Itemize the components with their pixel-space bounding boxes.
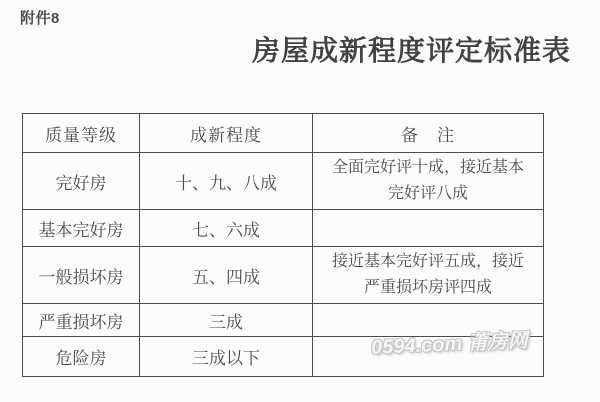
remark-cell bbox=[313, 210, 544, 247]
document-page: 附件8 房屋成新程度评定标准表 质量等级 成新程度 备 注 完好房 十、九、八成… bbox=[0, 0, 600, 402]
grade-cell: 基本完好房 bbox=[23, 210, 140, 247]
degree-cell: 七、六成 bbox=[140, 210, 313, 247]
remark-cell: 全面完好评十成，接近基本完好评八成 bbox=[313, 153, 544, 210]
grade-cell: 一般损坏房 bbox=[23, 247, 140, 304]
remark-cell: 接近基本完好评五成，接近严重损坏房评四成 bbox=[313, 247, 544, 304]
grade-cell: 危险房 bbox=[23, 337, 140, 377]
degree-cell: 三成 bbox=[140, 304, 313, 337]
degree-cell: 五、四成 bbox=[140, 247, 313, 304]
degree-cell: 三成以下 bbox=[140, 337, 313, 377]
header-cell-degree: 成新程度 bbox=[140, 114, 313, 153]
attachment-label: 附件8 bbox=[20, 7, 60, 28]
grade-cell: 完好房 bbox=[23, 153, 140, 210]
header-cell-remark: 备 注 bbox=[313, 114, 544, 153]
table-header-row: 质量等级 成新程度 备 注 bbox=[23, 114, 544, 153]
header-cell-grade: 质量等级 bbox=[23, 114, 140, 153]
degree-cell: 十、九、八成 bbox=[140, 153, 313, 210]
table-row: 完好房 十、九、八成 全面完好评十成，接近基本完好评八成 bbox=[23, 153, 544, 210]
table-row: 一般损坏房 五、四成 接近基本完好评五成，接近严重损坏房评四成 bbox=[23, 247, 544, 304]
grade-cell: 严重损坏房 bbox=[23, 304, 140, 337]
page-title: 房屋成新程度评定标准表 bbox=[252, 29, 571, 69]
table-row: 基本完好房 七、六成 bbox=[23, 210, 544, 247]
